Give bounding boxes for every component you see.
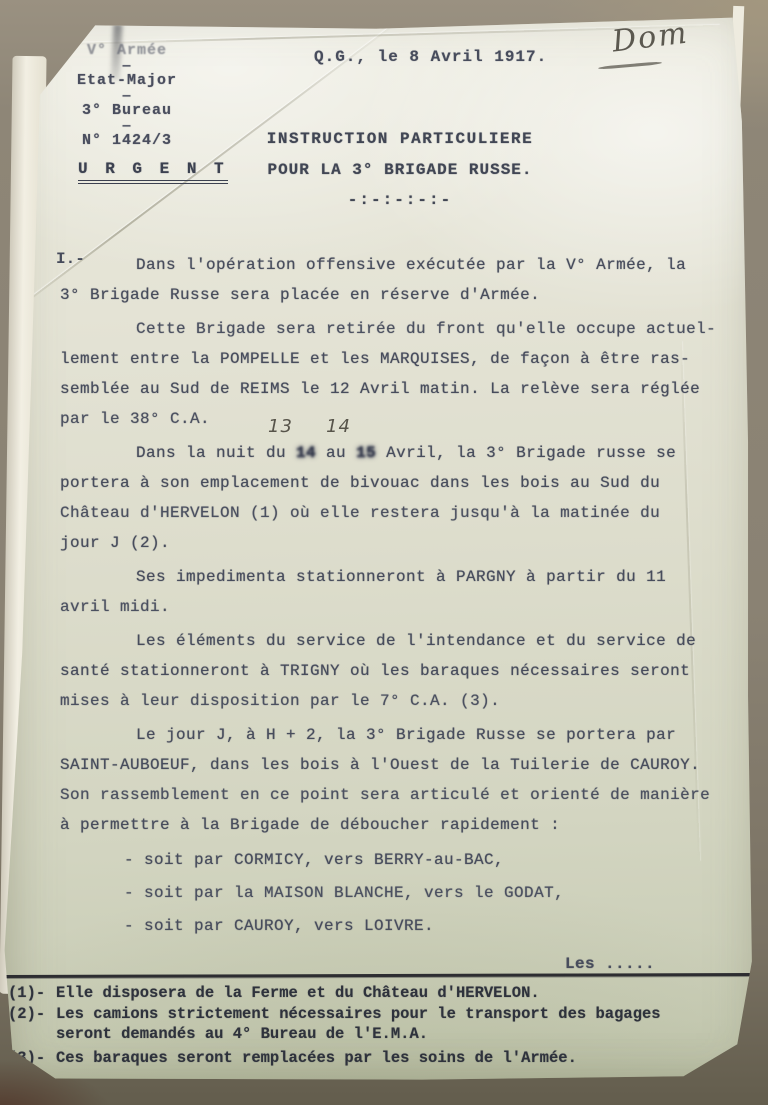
document-paper: V° Armée — Etat-Major — 3° Bureau — N° 1…: [0, 0, 768, 1105]
body-line: Le jour J, à H + 2, la 3° Brigade Russe …: [60, 720, 760, 750]
body-text: Dans l'opération offensive exécutée par …: [60, 246, 760, 979]
typed-day-smudge-2: 1514: [356, 438, 376, 468]
body-line: Ses impedimenta stationneront à PARGNY à…: [60, 562, 760, 592]
body-line: à permettre à la Brigade de déboucher ra…: [60, 810, 760, 840]
handwritten-day-correction-14: 14: [326, 418, 351, 436]
photographed-document: V° Armée — Etat-Major — 3° Bureau — N° 1…: [0, 0, 768, 1105]
footnote-label: (1)-: [8, 983, 56, 1003]
footnote-line: seront demandés au 4° Bureau de l'E.M.A.: [56, 1024, 661, 1044]
body-line: mises à leur disposition par le 7° C.A. …: [60, 686, 760, 716]
stamp-divider: —: [60, 91, 194, 100]
body-line: Son rassemblement en ce point sera artic…: [60, 780, 760, 810]
route-list-item: - soit par la MAISON BLANCHE, vers le GO…: [60, 877, 760, 910]
body-line: portera à son emplacement de bivouac dan…: [60, 468, 760, 498]
stamp-divider: —: [60, 121, 194, 130]
typed-day-2: 15: [356, 444, 376, 462]
body-line: semblée au Sud de REIMS le 12 Avril mati…: [60, 374, 760, 404]
body-line: 3° Brigade Russe sera placée en réserve …: [60, 280, 760, 310]
page-subtitle: POUR LA 3° BRIGADE RUSSE.: [240, 161, 560, 179]
body-line: avril midi.: [60, 592, 760, 622]
body-line: par le 38° C.A.: [60, 404, 760, 434]
page-title: INSTRUCTION PARTICULIERE: [240, 130, 560, 148]
body-line-segment: au: [316, 444, 356, 462]
footnote-line: Elle disposera de la Ferme et du Château…: [56, 983, 540, 1003]
footnote-row: (2)- Les camions strictement nécessaires…: [8, 1004, 760, 1044]
stamp-line: N° 1424/3: [60, 130, 194, 151]
body-line: jour J (2).: [60, 528, 760, 558]
body-line: Cette Brigade sera retirée du front qu'e…: [60, 314, 760, 344]
typed-day-1: 14: [296, 444, 316, 462]
stamp-divider: —: [60, 61, 194, 70]
body-line: Les éléments du service de l'intendance …: [60, 626, 760, 656]
footnote-line: Les camions strictement nécessaires pour…: [56, 1004, 661, 1024]
body-line: santé stationneront à TRIGNY où les bara…: [60, 656, 760, 686]
footnotes: (1)- Elle disposera de la Ferme et du Ch…: [8, 983, 760, 1069]
body-line-segment: Avril, la 3° Brigade russe se: [376, 444, 676, 462]
handwritten-underline: [598, 61, 662, 70]
body-line: Château d'HERVELON (1) où elle restera j…: [60, 498, 760, 528]
body-line: Dans l'opération offensive exécutée par …: [60, 250, 760, 280]
handwritten-initial: Dom: [610, 15, 690, 59]
route-list-item: - soit par CORMICY, vers BERRY-au-BAC,: [60, 844, 760, 877]
footnote-row: (1)- Elle disposera de la Ferme et du Ch…: [8, 983, 760, 1003]
body-line: SAINT-AUBOEUF, dans les bois à l'Ouest d…: [60, 750, 760, 780]
footnote-line: Ces baraques seront remplacées par les s…: [56, 1048, 577, 1068]
unit-stamp: V° Armée — Etat-Major — 3° Bureau — N° 1…: [60, 40, 194, 151]
footnote-row: (3)- Ces baraques seront remplacées par …: [8, 1048, 760, 1068]
title-divider: -:-:-:-:-: [240, 191, 560, 209]
body-line-with-correction: Dans la nuit du 1413 au 1514 Avril, la 3…: [60, 438, 760, 468]
body-line: lement entre la POMPELLE et les MARQUISE…: [60, 344, 760, 374]
handwritten-day-correction-13: 13: [268, 418, 293, 436]
footnote-label: (2)-: [8, 1004, 56, 1044]
typed-day-smudge-1: 1413: [296, 438, 316, 468]
document-title-block: INSTRUCTION PARTICULIERE POUR LA 3° BRIG…: [240, 130, 560, 209]
route-list-item: - soit par CAUROY, vers LOIVRE.: [60, 910, 760, 943]
dateline: Q.G., le 8 Avril 1917.: [314, 48, 547, 66]
urgent-label: U R G E N T: [78, 160, 228, 184]
body-line-segment: Dans la nuit du: [136, 444, 296, 462]
